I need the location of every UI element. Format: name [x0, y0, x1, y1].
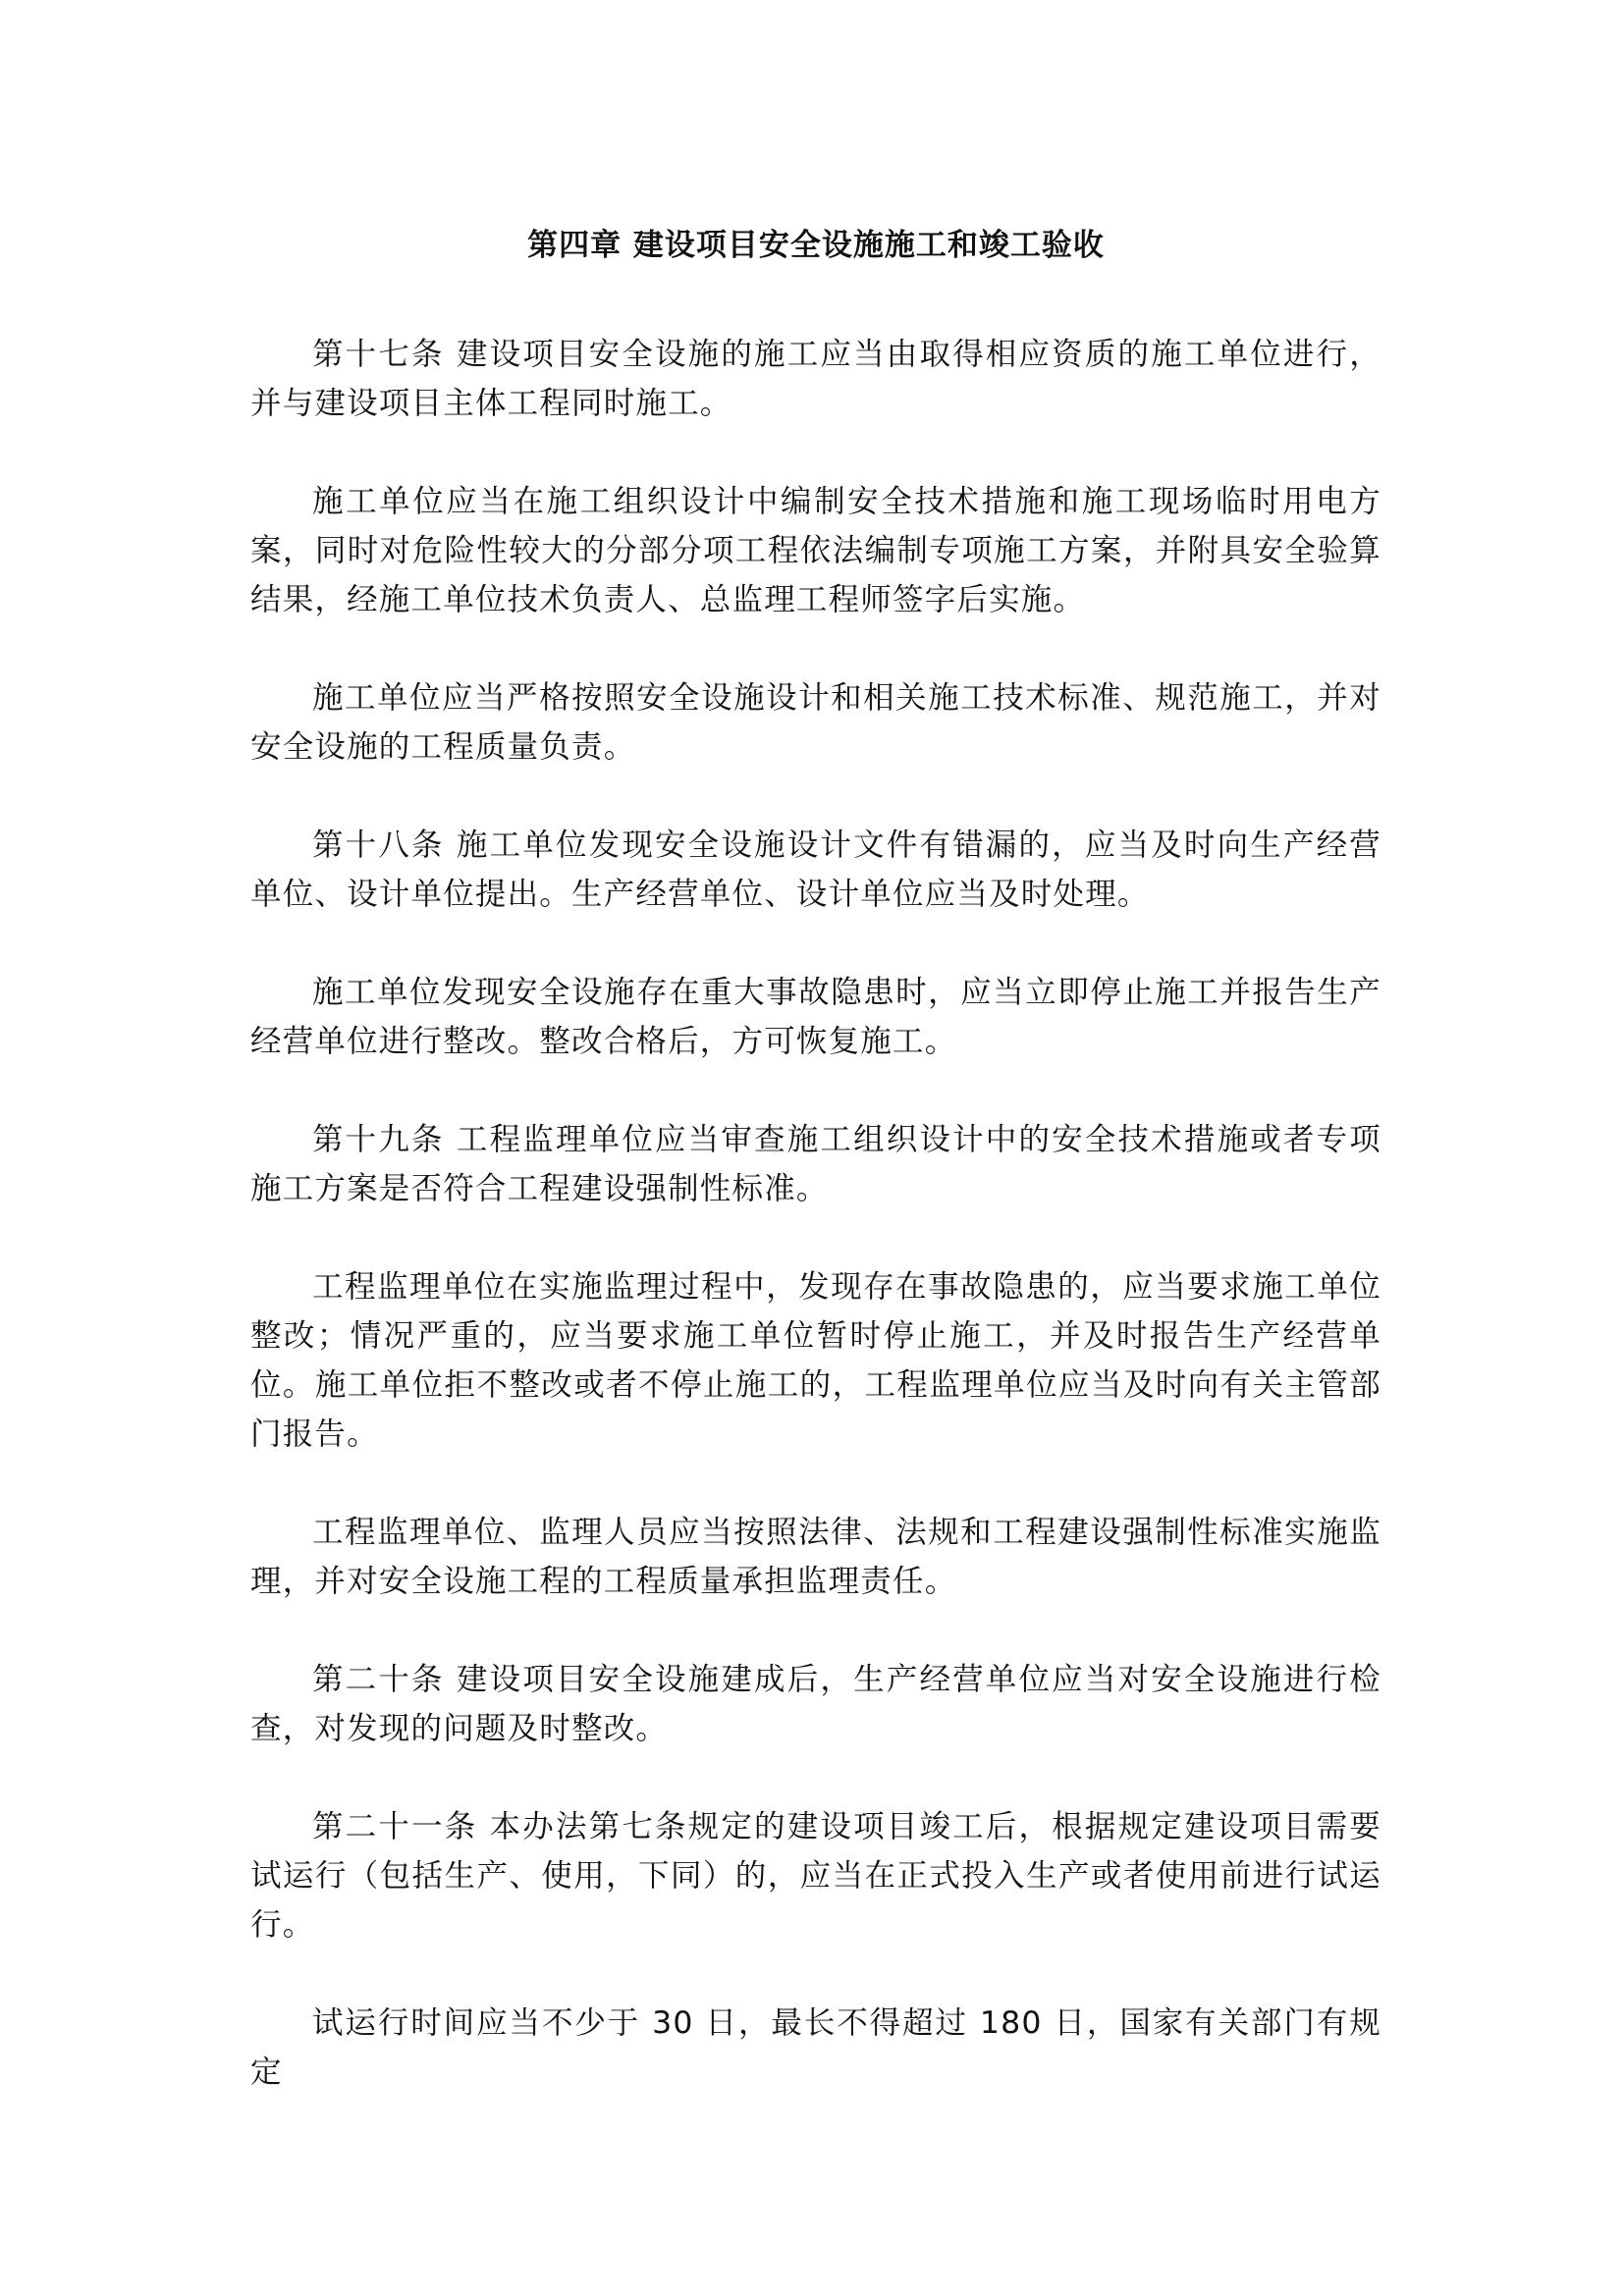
- construction-standards-paragraph: 施工单位应当严格按照安全设施设计和相关施工技术标准、规范施工，并对安全设施的工程…: [250, 673, 1381, 772]
- chapter-title: 第四章 建设项目安全设施施工和竣工验收: [250, 224, 1381, 267]
- supervision-responsibility-paragraph: 工程监理单位、监理人员应当按照法律、法规和工程建设强制性标准实施监理，并对安全设…: [250, 1508, 1381, 1606]
- supervision-process-paragraph: 工程监理单位在实施监理过程中，发现存在事故隐患的，应当要求施工单位整改；情况严重…: [250, 1262, 1381, 1459]
- construction-plan-paragraph: 施工单位应当在施工组织设计中编制安全技术措施和施工现场临时用电方案，同时对危险性…: [250, 477, 1381, 624]
- trial-run-duration-paragraph: 试运行时间应当不少于 30 日，最长不得超过 180 日，国家有关部门有规定: [250, 1999, 1381, 2097]
- article-17-paragraph: 第十七条 建设项目安全设施的施工应当由取得相应资质的施工单位进行，并与建设项目主…: [250, 330, 1381, 428]
- article-18-paragraph: 第十八条 施工单位发现安全设施设计文件有错漏的，应当及时向生产经营单位、设计单位…: [250, 821, 1381, 919]
- article-19-paragraph: 第十九条 工程监理单位应当审查施工组织设计中的安全技术措施或者专项施工方案是否符…: [250, 1115, 1381, 1213]
- hazard-rectification-paragraph: 施工单位发现安全设施存在重大事故隐患时，应当立即停止施工并报告生产经营单位进行整…: [250, 968, 1381, 1066]
- article-20-paragraph: 第二十条 建设项目安全设施建成后，生产经营单位应当对安全设施进行检查，对发现的问…: [250, 1655, 1381, 1753]
- document-page: 第四章 建设项目安全设施施工和竣工验收 第十七条 建设项目安全设施的施工应当由取…: [250, 224, 1381, 2146]
- article-21-paragraph: 第二十一条 本办法第七条规定的建设项目竣工后，根据规定建设项目需要试运行（包括生…: [250, 1802, 1381, 1949]
